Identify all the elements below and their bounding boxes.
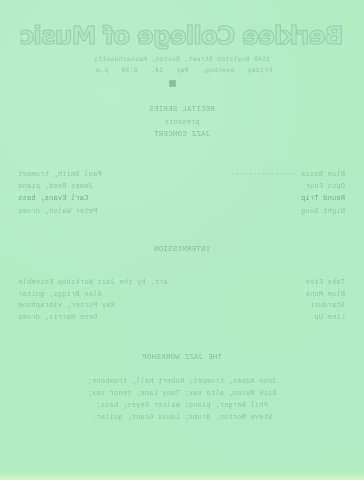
piece-title: Stardust [310,302,345,310]
program1-row: Blue Bossa --------------- Paul Smith, t… [18,171,345,179]
personnel-line: Steve Morton, drums; Louis Grant, guitar… [0,414,364,422]
personnel-line: Dick Mason, alto sax; Tony Lane, tenor s… [0,390,364,398]
performer-name: Ray Porter, vibraphone [18,302,115,310]
performer-name: James Reed, piano [18,183,93,191]
piece-title: Opus Four [305,183,345,191]
program2-row: Take Five arr. by the Jazz Workshop Ense… [18,279,345,287]
performer-name: Peter Walsh, drums [18,208,97,216]
title-line-2: presents [0,119,364,127]
performer-name: Alan Briggs, guitar [18,291,102,299]
piece-title: Night Song [301,208,345,216]
title-line-3: JAZZ CONCERT [0,131,364,139]
piece-title: Take Five [305,279,345,287]
program1-row: Round Trip Carl Evans, bass [18,195,345,203]
program1-row: Night Song Peter Walsh, drums [18,208,345,216]
address-line: 1140 Boylston Street, Boston, Massachuse… [0,56,364,63]
date-line: Friday evening, May 14, 8:30 p.m. [0,67,364,74]
program2-row: Stardust Ray Porter, vibraphone [18,302,345,310]
berklee-logo-text: Berklee College of Music [0,21,364,50]
intermission-heading: INTERMISSION [0,246,364,254]
performer-name: arr. by the Jazz Workshop Ensemble [18,279,168,287]
performer-name: Gene Harris, drums [18,314,97,322]
program1-row: Opus Four James Reed, piano [18,183,345,191]
piece-title: Line Up [314,314,345,322]
personnel-line: Phil Berger, piano; Walter Reyes, bass; [0,402,364,410]
scanned-program-page: Berklee College of Music 1140 Boylston S… [0,0,364,480]
program2-row: Line Up Gene Harris, drums [18,314,345,322]
program2-row: Blue Monk Alan Briggs, guitar [18,291,345,299]
personnel-line: John Adams, trumpet; Robert Hall, trombo… [0,378,364,386]
performer-name: Carl Evans, bass [18,195,88,203]
piece-title: Blue Monk [305,291,345,299]
personnel-heading: THE JAZZ WORKSHOP [0,354,364,362]
piece-title: Blue Bossa --------------- [231,171,345,179]
piece-title: Round Trip [301,195,345,203]
mirrored-bleed-through-layer: Berklee College of Music 1140 Boylston S… [0,0,364,480]
paper-bottom-edge [0,472,364,480]
small-seal-mark [169,80,176,87]
performer-name: Paul Smith, trumpet [18,171,102,179]
title-line-1: RECITAL SERIES [0,106,364,114]
